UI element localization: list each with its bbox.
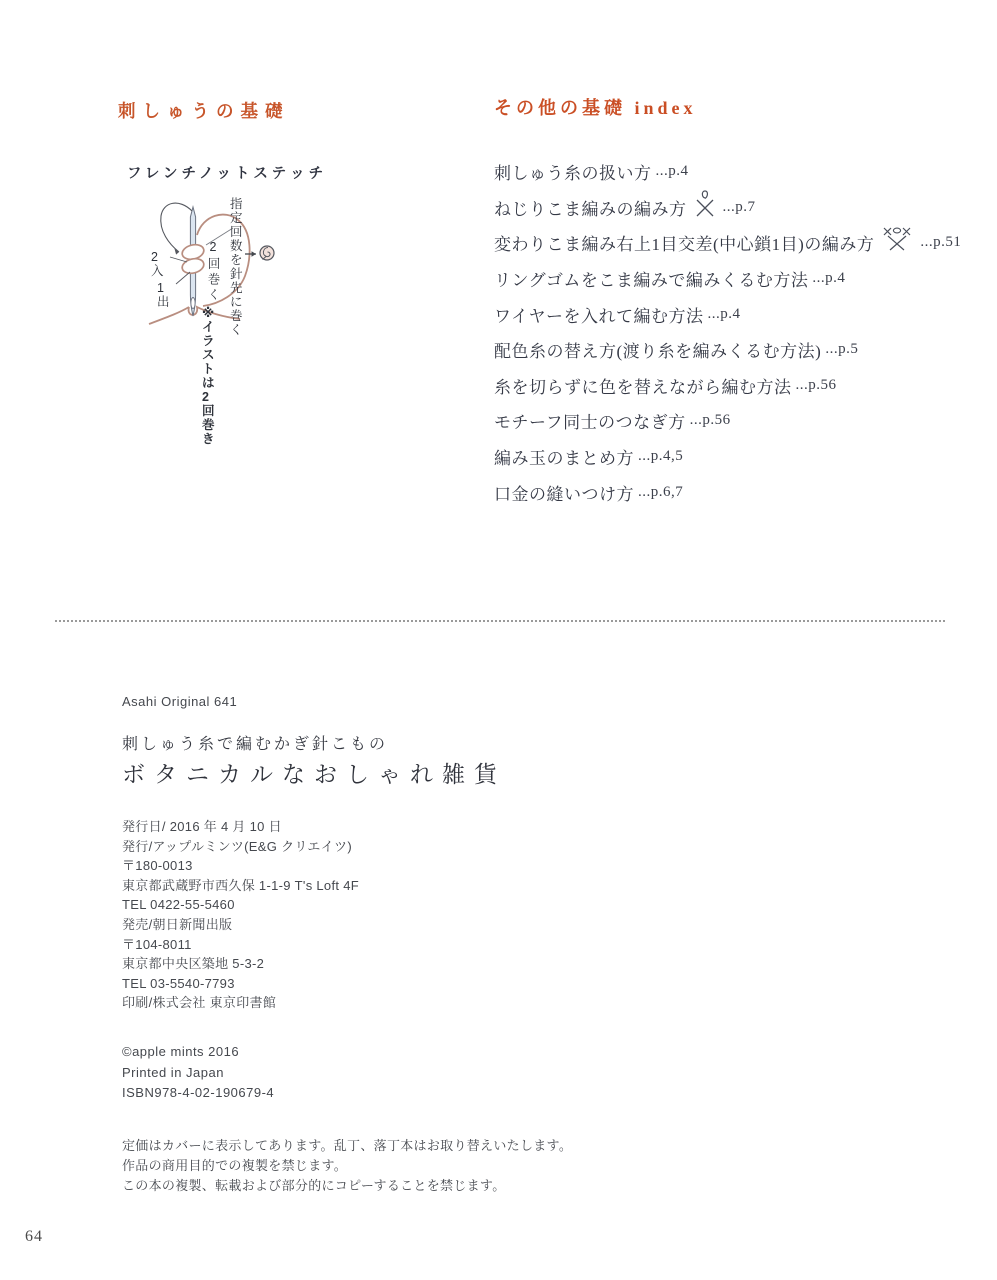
index-item-label: 変わりこま編み右上1目交差(中心鎖1目)の編み方 [494, 230, 874, 255]
index-item: リングゴムをこま編みで編みくるむ方法 ...p.4 [494, 261, 997, 297]
index-item: 配色糸の替え方(渡り糸を編みくるむ方法) ...p.5 [494, 332, 997, 368]
publication-detail-line: TEL 03-5540-7793 [122, 974, 359, 994]
printed-in-line: Printed in Japan [122, 1063, 274, 1084]
index-item-label: リングゴムをこま編みで編みくるむ方法 [494, 266, 808, 291]
publication-detail-line: 発売/朝日新聞出版 [122, 915, 359, 935]
book-subtitle: 刺しゅう糸で編むかぎ針こもの [122, 731, 388, 754]
basics-index-list: 刺しゅう糸の扱い方 ...p.4 ねじりこま編みの編み方 ...p.7 変わりこ… [494, 154, 997, 510]
index-item-page: ...p.4 [656, 163, 689, 180]
index-item-label: 刺しゅう糸の扱い方 [494, 159, 652, 184]
index-item-page: ...p.5 [825, 341, 858, 358]
publication-detail-line: 〒104-8011 [122, 935, 359, 955]
wrap-direction-arrow [161, 203, 192, 252]
publication-detail-line: 発行/アップルミンツ(E&G クリエイツ) [122, 837, 359, 857]
publication-details: 発行日/ 2016 年 4 月 10 日 発行/アップルミンツ(E&G クリエイ… [122, 817, 359, 1013]
legal-notes: 定価はカバーに表示してあります。乱丁、落丁本はお取り替えいたします。 作品の商用… [122, 1136, 572, 1196]
book-page: 刺しゅうの基礎 フレンチノットステッチ [0, 0, 997, 1280]
index-item-page: ...p.56 [796, 377, 837, 394]
publication-detail-line: 〒180-0013 [122, 856, 359, 876]
embroidery-basics-heading: 刺しゅうの基礎 [118, 98, 290, 123]
crossed-single-crochet-icon [882, 226, 912, 252]
finished-knot-icon [260, 246, 274, 260]
index-item-page: ...p.56 [690, 412, 731, 429]
legal-line: 作品の商用目的での複製を禁じます。 [122, 1156, 572, 1176]
index-item-label: 口金の縫いつけ方 [494, 480, 634, 505]
index-item-label: 糸を切らずに色を替えながら編む方法 [494, 373, 792, 398]
diagram-wrap-count-label: 2回巻く [206, 240, 220, 312]
page-number: 64 [25, 1228, 43, 1246]
index-item-page: ...p.6,7 [638, 484, 683, 501]
result-arrowhead [252, 251, 257, 257]
copyright-block: ©apple mints 2016 Printed in Japan ISBN9… [122, 1042, 274, 1104]
isbn-line: ISBN978-4-02-190679-4 [122, 1083, 274, 1104]
index-item: モチーフ同士のつなぎ方 ...p.56 [494, 403, 997, 439]
french-knot-stitch-title: フレンチノットステッチ [127, 162, 327, 183]
diagram-wrap-instruction: 指定回数を 針先に巻く [230, 197, 244, 337]
index-item: ねじりこま編みの編み方 ...p.7 [494, 190, 997, 226]
index-item-page: ...p.4 [812, 270, 845, 287]
twisted-single-crochet-icon [695, 189, 715, 217]
diagram-note: ※イラストは2回巻き [202, 306, 216, 446]
one-out-pointer [176, 272, 190, 284]
index-item: 変わりこま編み右上1目交差(中心鎖1目)の編み方 ...p.51 [494, 225, 997, 261]
index-item-label: 配色糸の替え方(渡り糸を編みくるむ方法) [494, 337, 821, 362]
index-item: ワイヤーを入れて編む方法 ...p.4 [494, 296, 997, 332]
dotted-divider [55, 620, 945, 622]
index-item: 編み玉のまとめ方 ...p.4,5 [494, 439, 997, 475]
legal-line: この本の複製、転載および部分的にコピーすることを禁じます。 [122, 1176, 572, 1196]
series-label: Asahi Original 641 [122, 694, 237, 709]
publication-detail-line: 発行日/ 2016 年 4 月 10 日 [122, 817, 359, 837]
book-title: ボタニカルなおしゃれ雑貨 [122, 756, 506, 789]
index-item-label: モチーフ同士のつなぎ方 [494, 408, 686, 433]
legal-line: 定価はカバーに表示してあります。乱丁、落丁本はお取り替えいたします。 [122, 1136, 572, 1156]
index-item-page: ...p.4,5 [638, 448, 683, 465]
index-item: 刺しゅう糸の扱い方 ...p.4 [494, 154, 997, 190]
index-item: 糸を切らずに色を替えながら編む方法 ...p.56 [494, 368, 997, 404]
needle-eye [191, 298, 195, 309]
index-item-page: ...p.4 [708, 306, 741, 323]
publication-detail-line: 東京都武蔵野市西久保 1-1-9 T's Loft 4F [122, 876, 359, 896]
other-basics-index-heading: その他の基礎 index [494, 94, 697, 120]
index-item-page: ...p.51 [920, 234, 961, 251]
index-item-label: ワイヤーを入れて編む方法 [494, 302, 704, 327]
index-item-label: 編み玉のまとめ方 [494, 444, 634, 469]
copyright-line: ©apple mints 2016 [122, 1042, 274, 1063]
diagram-label-1-out: 1出 [157, 281, 171, 309]
index-item-page: ...p.7 [723, 199, 756, 216]
thread-tail-left [149, 307, 189, 324]
index-item-label: ねじりこま編みの編み方 [494, 195, 687, 220]
diagram-label-2-in: 2入 [151, 250, 165, 278]
index-item: 口金の縫いつけ方 ...p.6,7 [494, 474, 997, 510]
thread-coil-2 [181, 257, 206, 276]
publication-detail-line: 印刷/株式会社 東京印書館 [122, 993, 359, 1013]
publication-detail-line: 東京都中央区築地 5-3-2 [122, 954, 359, 974]
publication-detail-line: TEL 0422-55-5460 [122, 895, 359, 915]
